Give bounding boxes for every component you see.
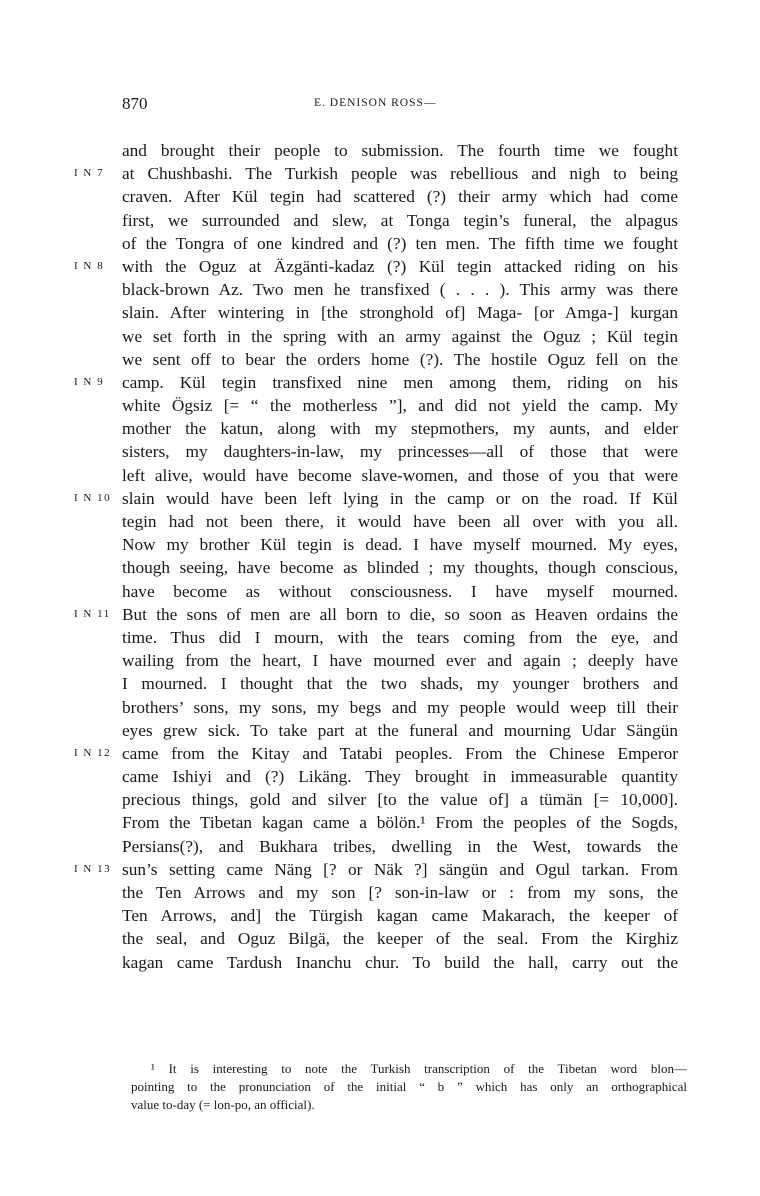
line-text: Persians(?), and Bukhara tribes, dwellin…: [122, 835, 678, 858]
inscription-line-ref: I N 7: [74, 162, 104, 185]
inscription-line-ref: I N 13: [74, 858, 111, 881]
text-line: the Ten Arrows and my son [? son-in-law …: [122, 881, 678, 904]
line-text: mother the katun, along with my stepmoth…: [122, 417, 678, 440]
line-text: slain. After wintering in [the stronghol…: [122, 301, 678, 324]
text-line: Ten Arrows, and] the Türgish kagan came …: [122, 904, 678, 927]
text-line: we sent off to bear the orders home (?).…: [122, 348, 678, 371]
text-line: brothers’ sons, my sons, my begs and my …: [122, 696, 678, 719]
footnotes: ¹ It is interesting to note the Turkish …: [131, 1060, 687, 1114]
text-line: have become as without consciousness. I …: [122, 580, 678, 603]
text-line: sisters, my daughters-in-law, my princes…: [122, 440, 678, 463]
text-line: I N 8with the Oguz at Äzgänti-kadaz (?) …: [122, 255, 678, 278]
text-line: first, we surrounded and slew, at Tonga …: [122, 209, 678, 232]
line-text: camp. Kül tegin transfixed nine men amon…: [122, 371, 678, 394]
page-number: 870: [122, 94, 148, 114]
text-line: of the Tongra of one kindred and (?) ten…: [122, 232, 678, 255]
line-text: first, we surrounded and slew, at Tonga …: [122, 209, 678, 232]
inscription-line-ref: I N 10: [74, 487, 111, 510]
line-text: Now my brother Kül tegin is dead. I have…: [122, 533, 678, 556]
text-line: left alive, would have become slave-wome…: [122, 464, 678, 487]
text-line: eyes grew sick. To take part at the fune…: [122, 719, 678, 742]
text-line: I N 10slain would have been left lying i…: [122, 487, 678, 510]
line-text: came from the Kitay and Tatabi peoples. …: [122, 742, 678, 765]
text-line: kagan came Tardush Inanchu chur. To buil…: [122, 951, 678, 974]
line-text: slain would have been left lying in the …: [122, 487, 678, 510]
line-text: we sent off to bear the orders home (?).…: [122, 348, 678, 371]
text-line: the seal, and Oguz Bilgä, the keeper of …: [122, 927, 678, 950]
line-text: brothers’ sons, my sons, my begs and my …: [122, 696, 678, 719]
line-text: the seal, and Oguz Bilgä, the keeper of …: [122, 927, 678, 950]
text-line: mother the katun, along with my stepmoth…: [122, 417, 678, 440]
text-line: I N 13sun’s setting came Näng [? or Näk …: [122, 858, 678, 881]
inscription-line-ref: I N 9: [74, 371, 104, 394]
text-line: white Ögsiz [= “ the motherless ”], and …: [122, 394, 678, 417]
text-line: From the Tibetan kagan came a bölön.¹ Fr…: [122, 811, 678, 834]
line-text: at Chushbashi. The Turkish people was re…: [122, 162, 678, 185]
footnote-text: pointing to the pronunciation of the ini…: [131, 1078, 687, 1096]
text-line: I N 12came from the Kitay and Tatabi peo…: [122, 742, 678, 765]
line-text: time. Thus did I mourn, with the tears c…: [122, 626, 678, 649]
footnote-text: value to-day (= lon-po, an official).: [131, 1096, 687, 1114]
line-text: tegin had not been there, it would have …: [122, 510, 678, 533]
text-line: I mourned. I thought that the two shads,…: [122, 672, 678, 695]
text-line: wailing from the heart, I have mourned e…: [122, 649, 678, 672]
line-text: eyes grew sick. To take part at the fune…: [122, 719, 678, 742]
text-line: Now my brother Kül tegin is dead. I have…: [122, 533, 678, 556]
running-head: E. DENISON ROSS—: [314, 97, 436, 109]
line-text: sisters, my daughters-in-law, my princes…: [122, 440, 678, 463]
line-text: sun’s setting came Näng [? or Näk ?] sän…: [122, 858, 678, 881]
line-text: I mourned. I thought that the two shads,…: [122, 672, 678, 695]
line-text: kagan came Tardush Inanchu chur. To buil…: [122, 951, 678, 974]
line-text: From the Tibetan kagan came a bölön.¹ Fr…: [122, 811, 678, 834]
line-text: wailing from the heart, I have mourned e…: [122, 649, 678, 672]
footnote-line: ¹ It is interesting to note the Turkish …: [131, 1060, 687, 1078]
line-text: have become as without consciousness. I …: [122, 580, 678, 603]
inscription-line-ref: I N 8: [74, 255, 104, 278]
text-line: though seeing, have become as blinded ; …: [122, 556, 678, 579]
line-text: with the Oguz at Äzgänti-kadaz (?) Kül t…: [122, 255, 678, 278]
line-text: craven. After Kül tegin had scattered (?…: [122, 185, 678, 208]
text-line: I N 9camp. Kül tegin transfixed nine men…: [122, 371, 678, 394]
text-line: I N 7at Chushbashi. The Turkish people w…: [122, 162, 678, 185]
text-line: Persians(?), and Bukhara tribes, dwellin…: [122, 835, 678, 858]
text-line: time. Thus did I mourn, with the tears c…: [122, 626, 678, 649]
inscription-line-ref: I N 11: [74, 603, 111, 626]
text-line: we set forth in the spring with an army …: [122, 325, 678, 348]
line-text: left alive, would have become slave-wome…: [122, 464, 678, 487]
line-text: black-brown Az. Two men he transfixed ( …: [122, 278, 678, 301]
line-text: came Ishiyi and (?) Likäng. They brought…: [122, 765, 678, 788]
body-text: and brought their people to submission. …: [122, 139, 678, 974]
text-line: black-brown Az. Two men he transfixed ( …: [122, 278, 678, 301]
text-line: craven. After Kül tegin had scattered (?…: [122, 185, 678, 208]
text-line: and brought their people to submission. …: [122, 139, 678, 162]
footnote-line: value to-day (= lon-po, an official).: [131, 1096, 687, 1114]
text-line: precious things, gold and silver [to the…: [122, 788, 678, 811]
line-text: of the Tongra of one kindred and (?) ten…: [122, 232, 678, 255]
text-line: I N 11But the sons of men are all born t…: [122, 603, 678, 626]
line-text: the Ten Arrows and my son [? son-in-law …: [122, 881, 678, 904]
line-text: But the sons of men are all born to die,…: [122, 603, 678, 626]
text-line: came Ishiyi and (?) Likäng. They brought…: [122, 765, 678, 788]
inscription-line-ref: I N 12: [74, 742, 111, 765]
line-text: though seeing, have become as blinded ; …: [122, 556, 678, 579]
text-line: slain. After wintering in [the stronghol…: [122, 301, 678, 324]
footnote-text: ¹ It is interesting to note the Turkish …: [151, 1060, 687, 1078]
line-text: we set forth in the spring with an army …: [122, 325, 678, 348]
footnote-line: pointing to the pronunciation of the ini…: [131, 1078, 687, 1096]
line-text: precious things, gold and silver [to the…: [122, 788, 678, 811]
line-text: and brought their people to submission. …: [122, 139, 678, 162]
page-header: 870 E. DENISON ROSS—: [122, 94, 678, 118]
line-text: white Ögsiz [= “ the motherless ”], and …: [122, 394, 678, 417]
text-line: tegin had not been there, it would have …: [122, 510, 678, 533]
line-text: Ten Arrows, and] the Türgish kagan came …: [122, 904, 678, 927]
